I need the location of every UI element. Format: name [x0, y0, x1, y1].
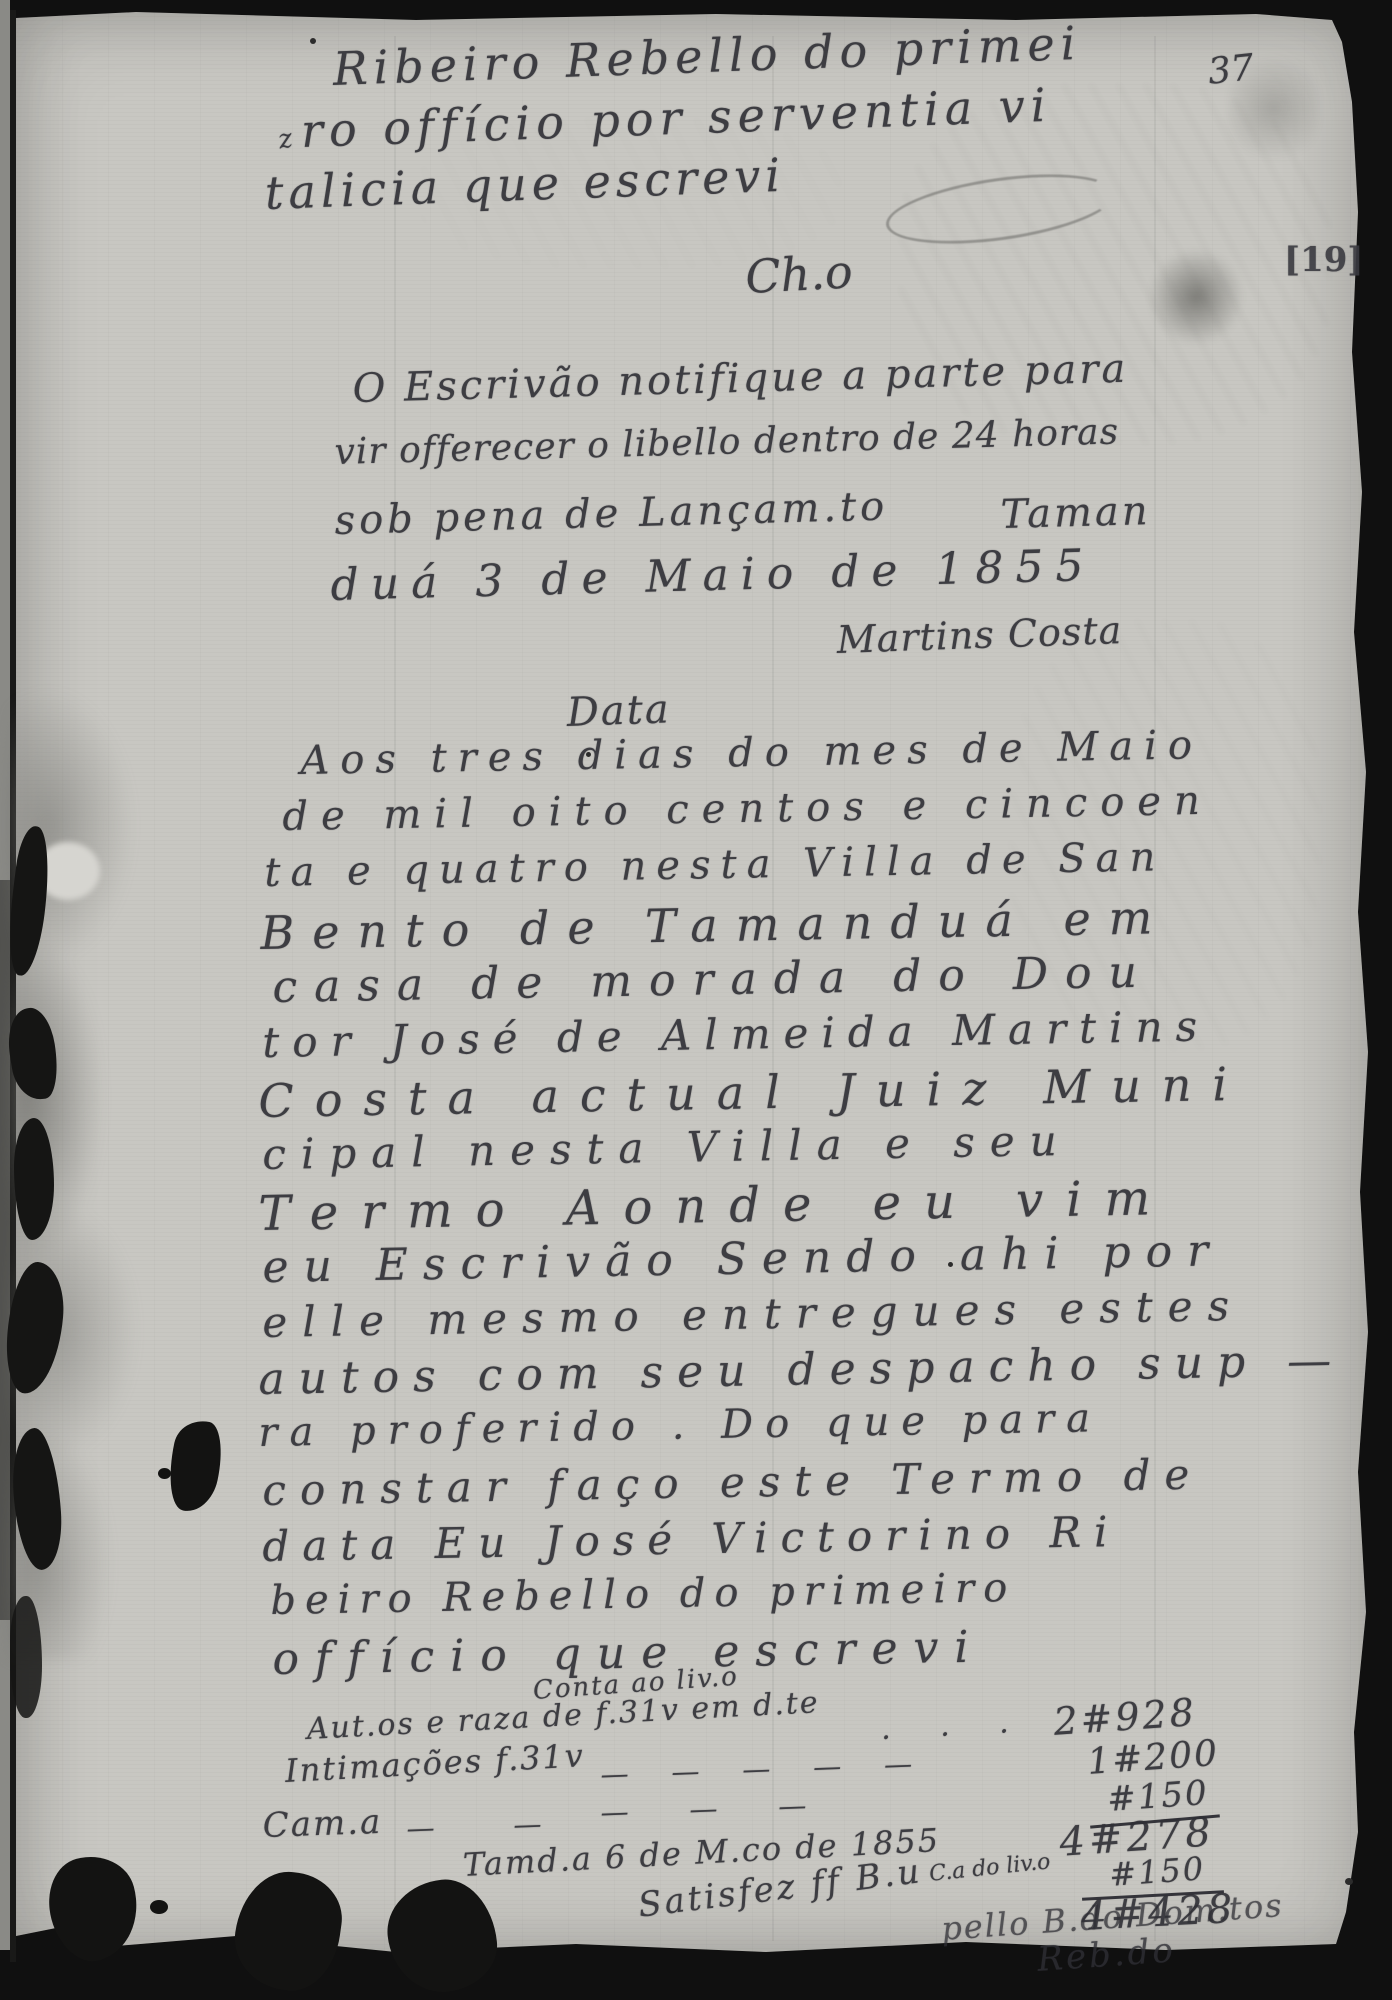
account-label-4: Cam.a [262, 1802, 383, 1846]
edge-damage-flake [14, 1118, 54, 1240]
account-leader-4: — — [406, 1807, 542, 1845]
section-mark: Ch.o [744, 244, 854, 304]
despacho-place-start: Taman [1000, 488, 1151, 538]
folio-number: 37 [1206, 47, 1256, 93]
data-heading: Data [566, 686, 671, 736]
archival-number: [19] [1284, 240, 1364, 280]
edge-damage-flake [10, 1596, 42, 1718]
signature-rubric-3: Reb.do [1036, 1930, 1177, 1980]
ink-blot [150, 1900, 168, 1914]
manuscript-scan: 37 [19] z Ribeiro Rebello do primei ro o… [0, 0, 1392, 2000]
ink-speck [1345, 1878, 1353, 1885]
ink-speck [310, 38, 316, 44]
ink-blot [158, 1468, 171, 1479]
